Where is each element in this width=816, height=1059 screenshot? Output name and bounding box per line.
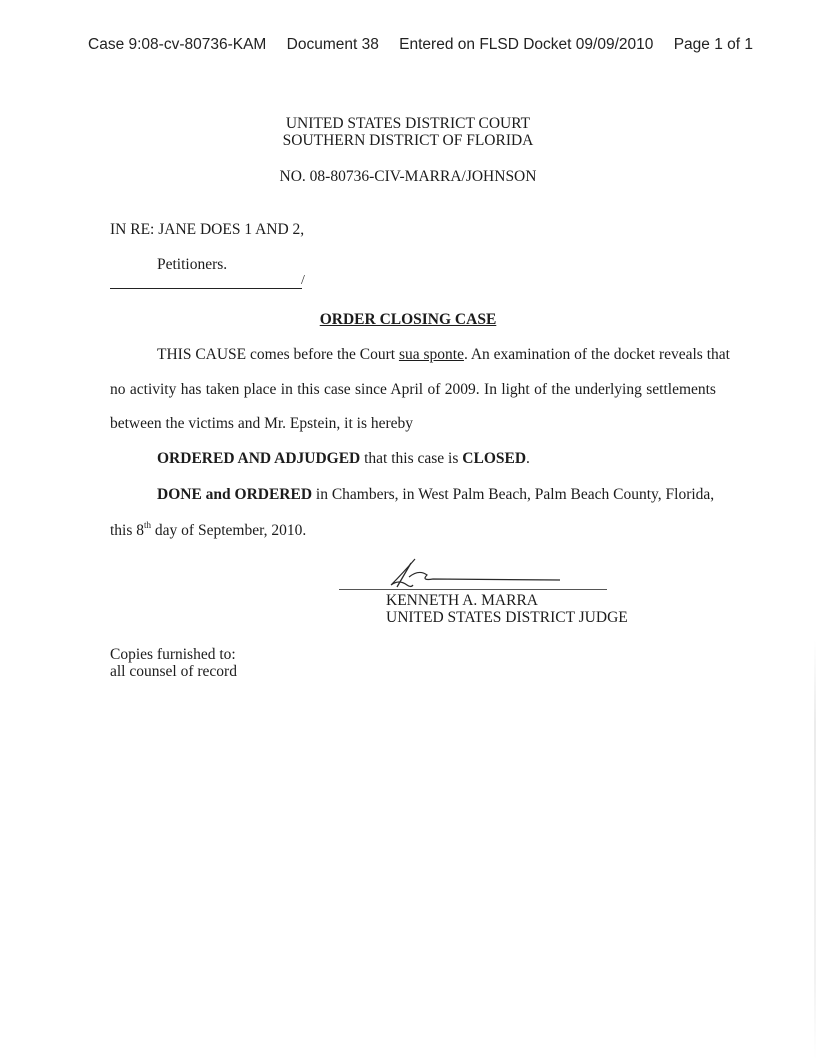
- date-line: this 8th day of September, 2010.: [110, 522, 306, 540]
- copies-furnished-label: Copies furnished to:: [110, 646, 236, 664]
- order-title: ORDER CLOSING CASE: [0, 311, 816, 329]
- document-number: Document 38: [287, 36, 379, 53]
- ordered-adjudged-line: ORDERED AND ADJUDGED that this case is C…: [157, 450, 530, 468]
- caption-in-re: IN RE: JANE DOES 1 AND 2,: [110, 221, 304, 239]
- page-count: Page 1 of 1: [674, 36, 753, 53]
- court-name: UNITED STATES DISTRICT COURT: [0, 115, 816, 133]
- text: that this case is: [360, 450, 462, 467]
- ordered-adjudged-bold: ORDERED AND ADJUDGED: [157, 450, 360, 467]
- judge-name: KENNETH A. MARRA: [386, 592, 538, 610]
- entered-date: Entered on FLSD Docket 09/09/2010: [399, 36, 653, 53]
- judge-signature-icon: [385, 555, 565, 591]
- order-paragraph-1: THIS CAUSE comes before the Court sua sp…: [157, 346, 730, 364]
- judge-title: UNITED STATES DISTRICT JUDGE: [386, 609, 628, 627]
- caption-party-role: Petitioners.: [157, 256, 227, 274]
- document-page: Case 9:08-cv-80736-KAM Document 38 Enter…: [0, 0, 816, 1059]
- sua-sponte-text: sua sponte: [399, 346, 464, 363]
- court-district: SOUTHERN DISTRICT OF FLORIDA: [0, 132, 816, 150]
- copies-recipients: all counsel of record: [110, 663, 237, 681]
- ordinal-suffix: th: [144, 520, 151, 530]
- done-ordered-bold: DONE and ORDERED: [157, 486, 312, 503]
- text: this 8: [110, 522, 144, 539]
- text: .: [526, 450, 530, 467]
- case-id: Case 9:08-cv-80736-KAM: [88, 36, 266, 53]
- case-number: NO. 08-80736-CIV-MARRA/JOHNSON: [0, 168, 816, 186]
- text: . An examination of the docket reveals t…: [464, 346, 730, 363]
- text: THIS CAUSE comes before the Court: [157, 346, 399, 363]
- signature-line: [339, 589, 607, 590]
- caption-rule: [110, 288, 302, 289]
- text: in Chambers, in West Palm Beach, Palm Be…: [312, 486, 714, 503]
- order-paragraph-2: no activity has taken place in this case…: [110, 381, 716, 399]
- text: day of September, 2010.: [151, 522, 306, 539]
- closed-bold: CLOSED: [462, 450, 526, 467]
- caption-slash: /: [301, 273, 305, 289]
- order-paragraph-3: between the victims and Mr. Epstein, it …: [110, 415, 413, 433]
- docket-header-stamp: Case 9:08-cv-80736-KAM Document 38 Enter…: [88, 36, 753, 54]
- done-ordered-line: DONE and ORDERED in Chambers, in West Pa…: [157, 486, 714, 504]
